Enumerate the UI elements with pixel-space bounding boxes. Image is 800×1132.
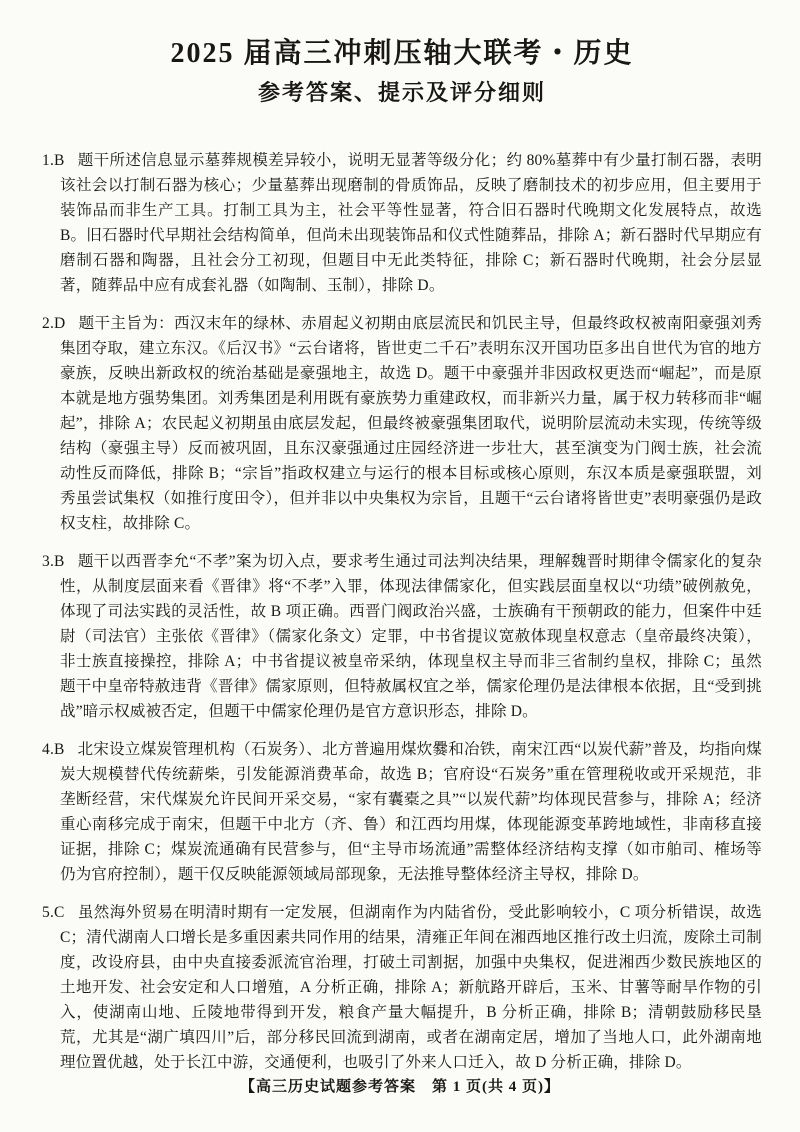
answer-item-2: 2.D题干主旨为：西汉末年的绿林、赤眉起义初期由底层流民和饥民主导，但最终政权被… [42, 311, 762, 536]
answer-explanation-3: 题干以西晋李允“不孝”案为切入点，要求考生通过司法判决结果，理解魏晋时期律令儒家… [60, 553, 762, 720]
answer-item-1: 1.B题干所述信息显示墓葬规模差异较小，说明无显著等级分化；约 80%墓葬中有少… [42, 148, 762, 298]
answer-number-3: 3.B [42, 553, 65, 570]
document-header: 2025 届高三冲刺压轴大联考・历史 参考答案、提示及评分细则 [42, 36, 762, 108]
page-subtitle: 参考答案、提示及评分细则 [42, 78, 762, 108]
answer-item-3: 3.B题干以西晋李允“不孝”案为切入点，要求考生通过司法判决结果，理解魏晋时期律… [42, 549, 762, 724]
answer-item-5: 5.C虽然海外贸易在明清时期有一定发展，但湖南作为内陆省份，受此影响较小，C 项… [42, 900, 762, 1075]
page-title: 2025 届高三冲刺压轴大联考・历史 [42, 36, 762, 72]
page-footer: 【高三历史试题参考答案 第 1 页(共 4 页)】 [0, 1075, 800, 1096]
answer-explanation-5: 虽然海外贸易在明清时期有一定发展，但湖南作为内陆省份，受此影响较小，C 项分析错… [60, 904, 762, 1071]
answer-explanation-4: 北宋设立煤炭管理机构（石炭务）、北方普遍用煤炊爨和冶铁，南宋江西“以炭代薪”普及… [60, 741, 762, 883]
answer-explanation-2: 题干主旨为：西汉末年的绿林、赤眉起义初期由底层流民和饥民主导，但最终政权被南阳豪… [60, 315, 762, 532]
answer-item-4: 4.B北宋设立煤炭管理机构（石炭务）、北方普遍用煤炊爨和冶铁，南宋江西“以炭代薪… [42, 737, 762, 887]
answer-number-5: 5.C [42, 904, 65, 921]
answer-number-4: 4.B [42, 741, 65, 758]
answers-section: 1.B题干所述信息显示墓葬规模差异较小，说明无显著等级分化；约 80%墓葬中有少… [42, 148, 762, 1075]
answer-number-1: 1.B [42, 152, 65, 169]
answer-explanation-1: 题干所述信息显示墓葬规模差异较小，说明无显著等级分化；约 80%墓葬中有少量打制… [60, 152, 762, 294]
answer-number-2: 2.D [42, 315, 65, 332]
exam-answer-page: 2025 届高三冲刺压轴大联考・历史 参考答案、提示及评分细则 1.B题干所述信… [0, 0, 800, 1132]
